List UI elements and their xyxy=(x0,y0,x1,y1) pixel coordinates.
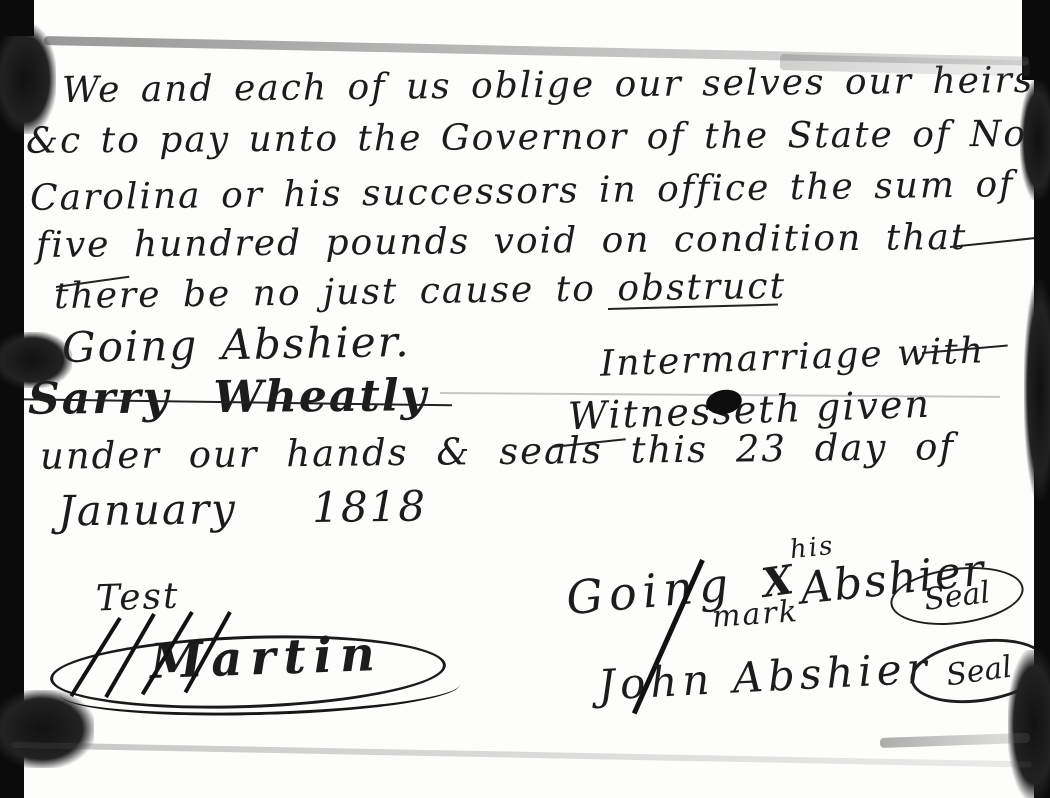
scanned-document-page: We and each of us oblige our selves our … xyxy=(0,0,1050,798)
groom-name: Going Abshier. xyxy=(62,319,411,371)
test-label: Test xyxy=(95,577,180,619)
hands-seals-line: under our hands & seals this 23 day of xyxy=(40,427,956,477)
second-signature: John Abshier xyxy=(597,645,933,709)
intermarriage-text: Intermarriage with xyxy=(599,331,985,384)
scan-smudge-bottom-edge xyxy=(12,742,1032,768)
date-line: January 1818 xyxy=(58,483,428,534)
scan-border-right-bottom-blob xyxy=(1008,650,1050,798)
scan-border-left-bottom-blob xyxy=(0,690,94,768)
scan-border-right-mid-blob xyxy=(1024,280,1050,500)
scan-corner-top-left xyxy=(0,0,34,36)
body-line-2: &c to pay unto the Governor of the State… xyxy=(26,114,1050,161)
scan-border-left-mid-blob xyxy=(0,332,72,388)
body-line-3: Carolina or his successors in office the… xyxy=(30,165,1015,218)
mark-label: mark xyxy=(711,595,800,634)
scan-border-right-upper-blob xyxy=(1020,80,1050,200)
seal-2-text: Seal xyxy=(944,649,1014,693)
body-line-4: five hundred pounds void on condition th… xyxy=(36,218,968,266)
groom-signature-first: Going xyxy=(564,559,736,624)
body-line-5: there be no just cause to obstruct xyxy=(54,267,787,317)
bride-name: Sarry Wheatly xyxy=(28,372,428,424)
seal-1-text: Seal xyxy=(922,575,992,618)
